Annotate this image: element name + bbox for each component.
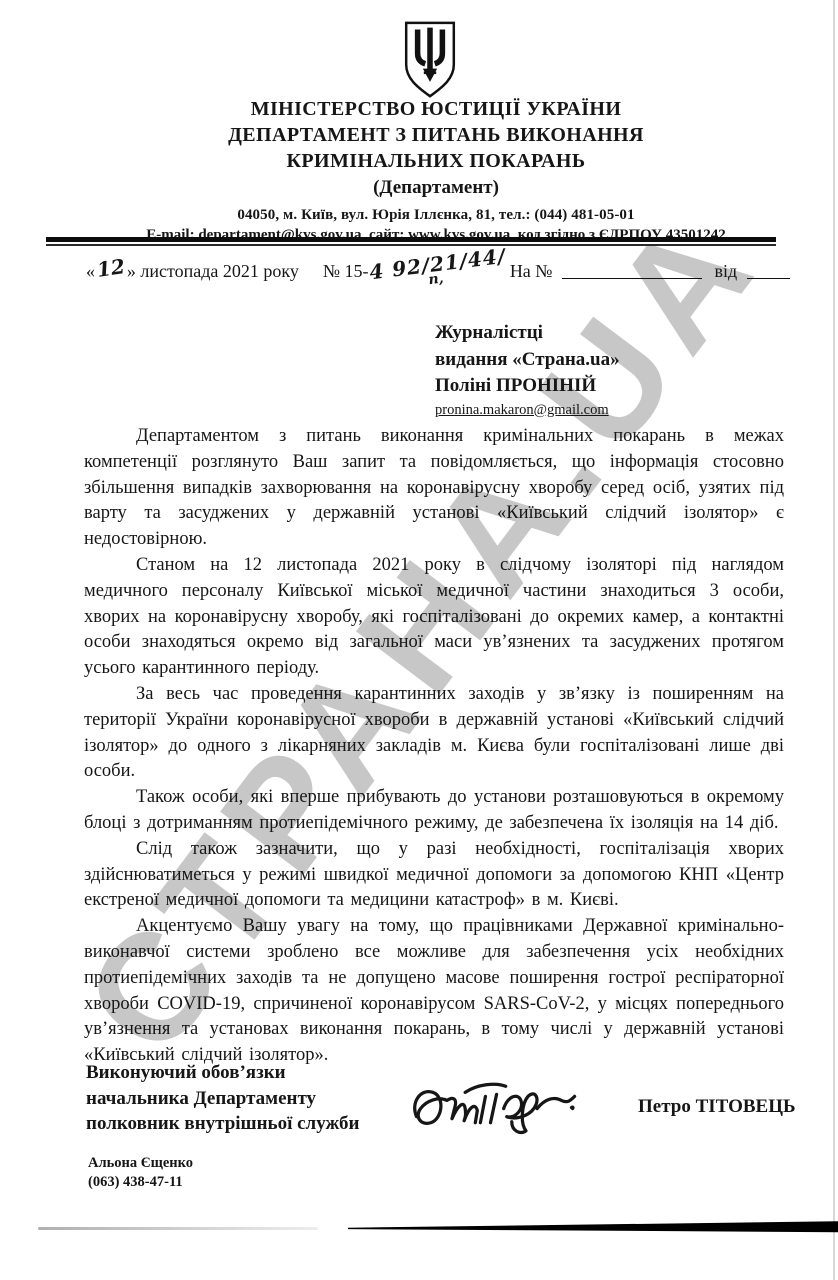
divider-thin-line xyxy=(46,244,776,246)
addressee-name: Поліні ПРОНІНІЙ xyxy=(435,373,620,400)
from-date-blank xyxy=(747,258,790,279)
scan-bottom-edge-artifact xyxy=(348,1221,838,1235)
letterhead-divider xyxy=(46,237,776,246)
incoming-number-label: На № xyxy=(510,261,553,282)
outgoing-number-label: № 15- xyxy=(323,261,369,282)
letter-body: Департаментом з питань виконання криміна… xyxy=(84,424,784,1069)
signer-name: Петро ТІТОВЕЦЬ xyxy=(638,1096,796,1118)
handwritten-day: 12 xyxy=(95,254,126,282)
executor-phone: (063) 438-47-11 xyxy=(88,1173,193,1192)
executor-block: Альона Єщенко (063) 438-47-11 xyxy=(88,1154,193,1191)
incoming-number-blank xyxy=(562,258,702,279)
ministry-title: МІНІСТЕРСТВО ЮСТИЦІЇ УКРАЇНИ xyxy=(17,96,838,122)
scan-bottom-smudge xyxy=(38,1227,318,1230)
executor-name: Альона Єщенко xyxy=(88,1154,193,1173)
handwritten-signature xyxy=(402,1066,580,1142)
department-short-name: (Департамент) xyxy=(17,175,838,201)
addressee-block: Журналістці видання «Страна.ua» Поліні П… xyxy=(435,320,620,420)
scanned-letter-page: СТРАНА.UA МІНІСТЕРСТВО ЮСТИЦІЇ УКРАЇНИ Д… xyxy=(0,0,838,1280)
body-paragraph: Станом на 12 листопада 2021 року в слідч… xyxy=(84,553,784,682)
postal-address: 04050, м. Київ, вул. Юрія Іллєнка, 81, т… xyxy=(17,206,838,226)
addressee-role: Журналістці xyxy=(435,320,620,347)
date-text: » листопада 2021 року xyxy=(127,261,299,282)
ukraine-trident-emblem-icon xyxy=(401,20,459,100)
handwritten-sub-note: п, xyxy=(427,270,444,288)
reference-line: « 12 » листопада 2021 року № 15- 4 92/21… xyxy=(86,258,790,282)
addressee-email: pronina.makaron@gmail.com xyxy=(435,400,620,420)
department-title-line1: ДЕПАРТАМЕНТ З ПИТАНЬ ВИКОНАННЯ xyxy=(17,122,838,148)
body-paragraph: Департаментом з питань виконання криміна… xyxy=(84,424,784,553)
body-paragraph: Акцентуємо Вашу увагу на тому, що праців… xyxy=(84,914,784,1069)
handwritten-outgoing-number: 4 92/21/44/ п, xyxy=(368,244,507,285)
from-date-label: від xyxy=(714,261,737,282)
addressee-publication: видання «Страна.ua» xyxy=(435,347,620,374)
date-open-quote: « xyxy=(86,261,95,282)
scan-right-edge-line xyxy=(833,0,835,1280)
department-title-line2: КРИМІНАЛЬНИХ ПОКАРАНЬ xyxy=(17,148,838,174)
letterhead: МІНІСТЕРСТВО ЮСТИЦІЇ УКРАЇНИ ДЕПАРТАМЕНТ… xyxy=(17,96,838,245)
body-paragraph: Слід також зазначити, що у разі необхідн… xyxy=(84,837,784,914)
body-paragraph: За весь час проведення карантинних заход… xyxy=(84,682,784,785)
divider-thick-line xyxy=(46,237,776,242)
body-paragraph: Також особи, які вперше прибувають до ус… xyxy=(84,785,784,837)
signer-position: Виконуючий обов’язки начальника Департам… xyxy=(86,1060,359,1137)
